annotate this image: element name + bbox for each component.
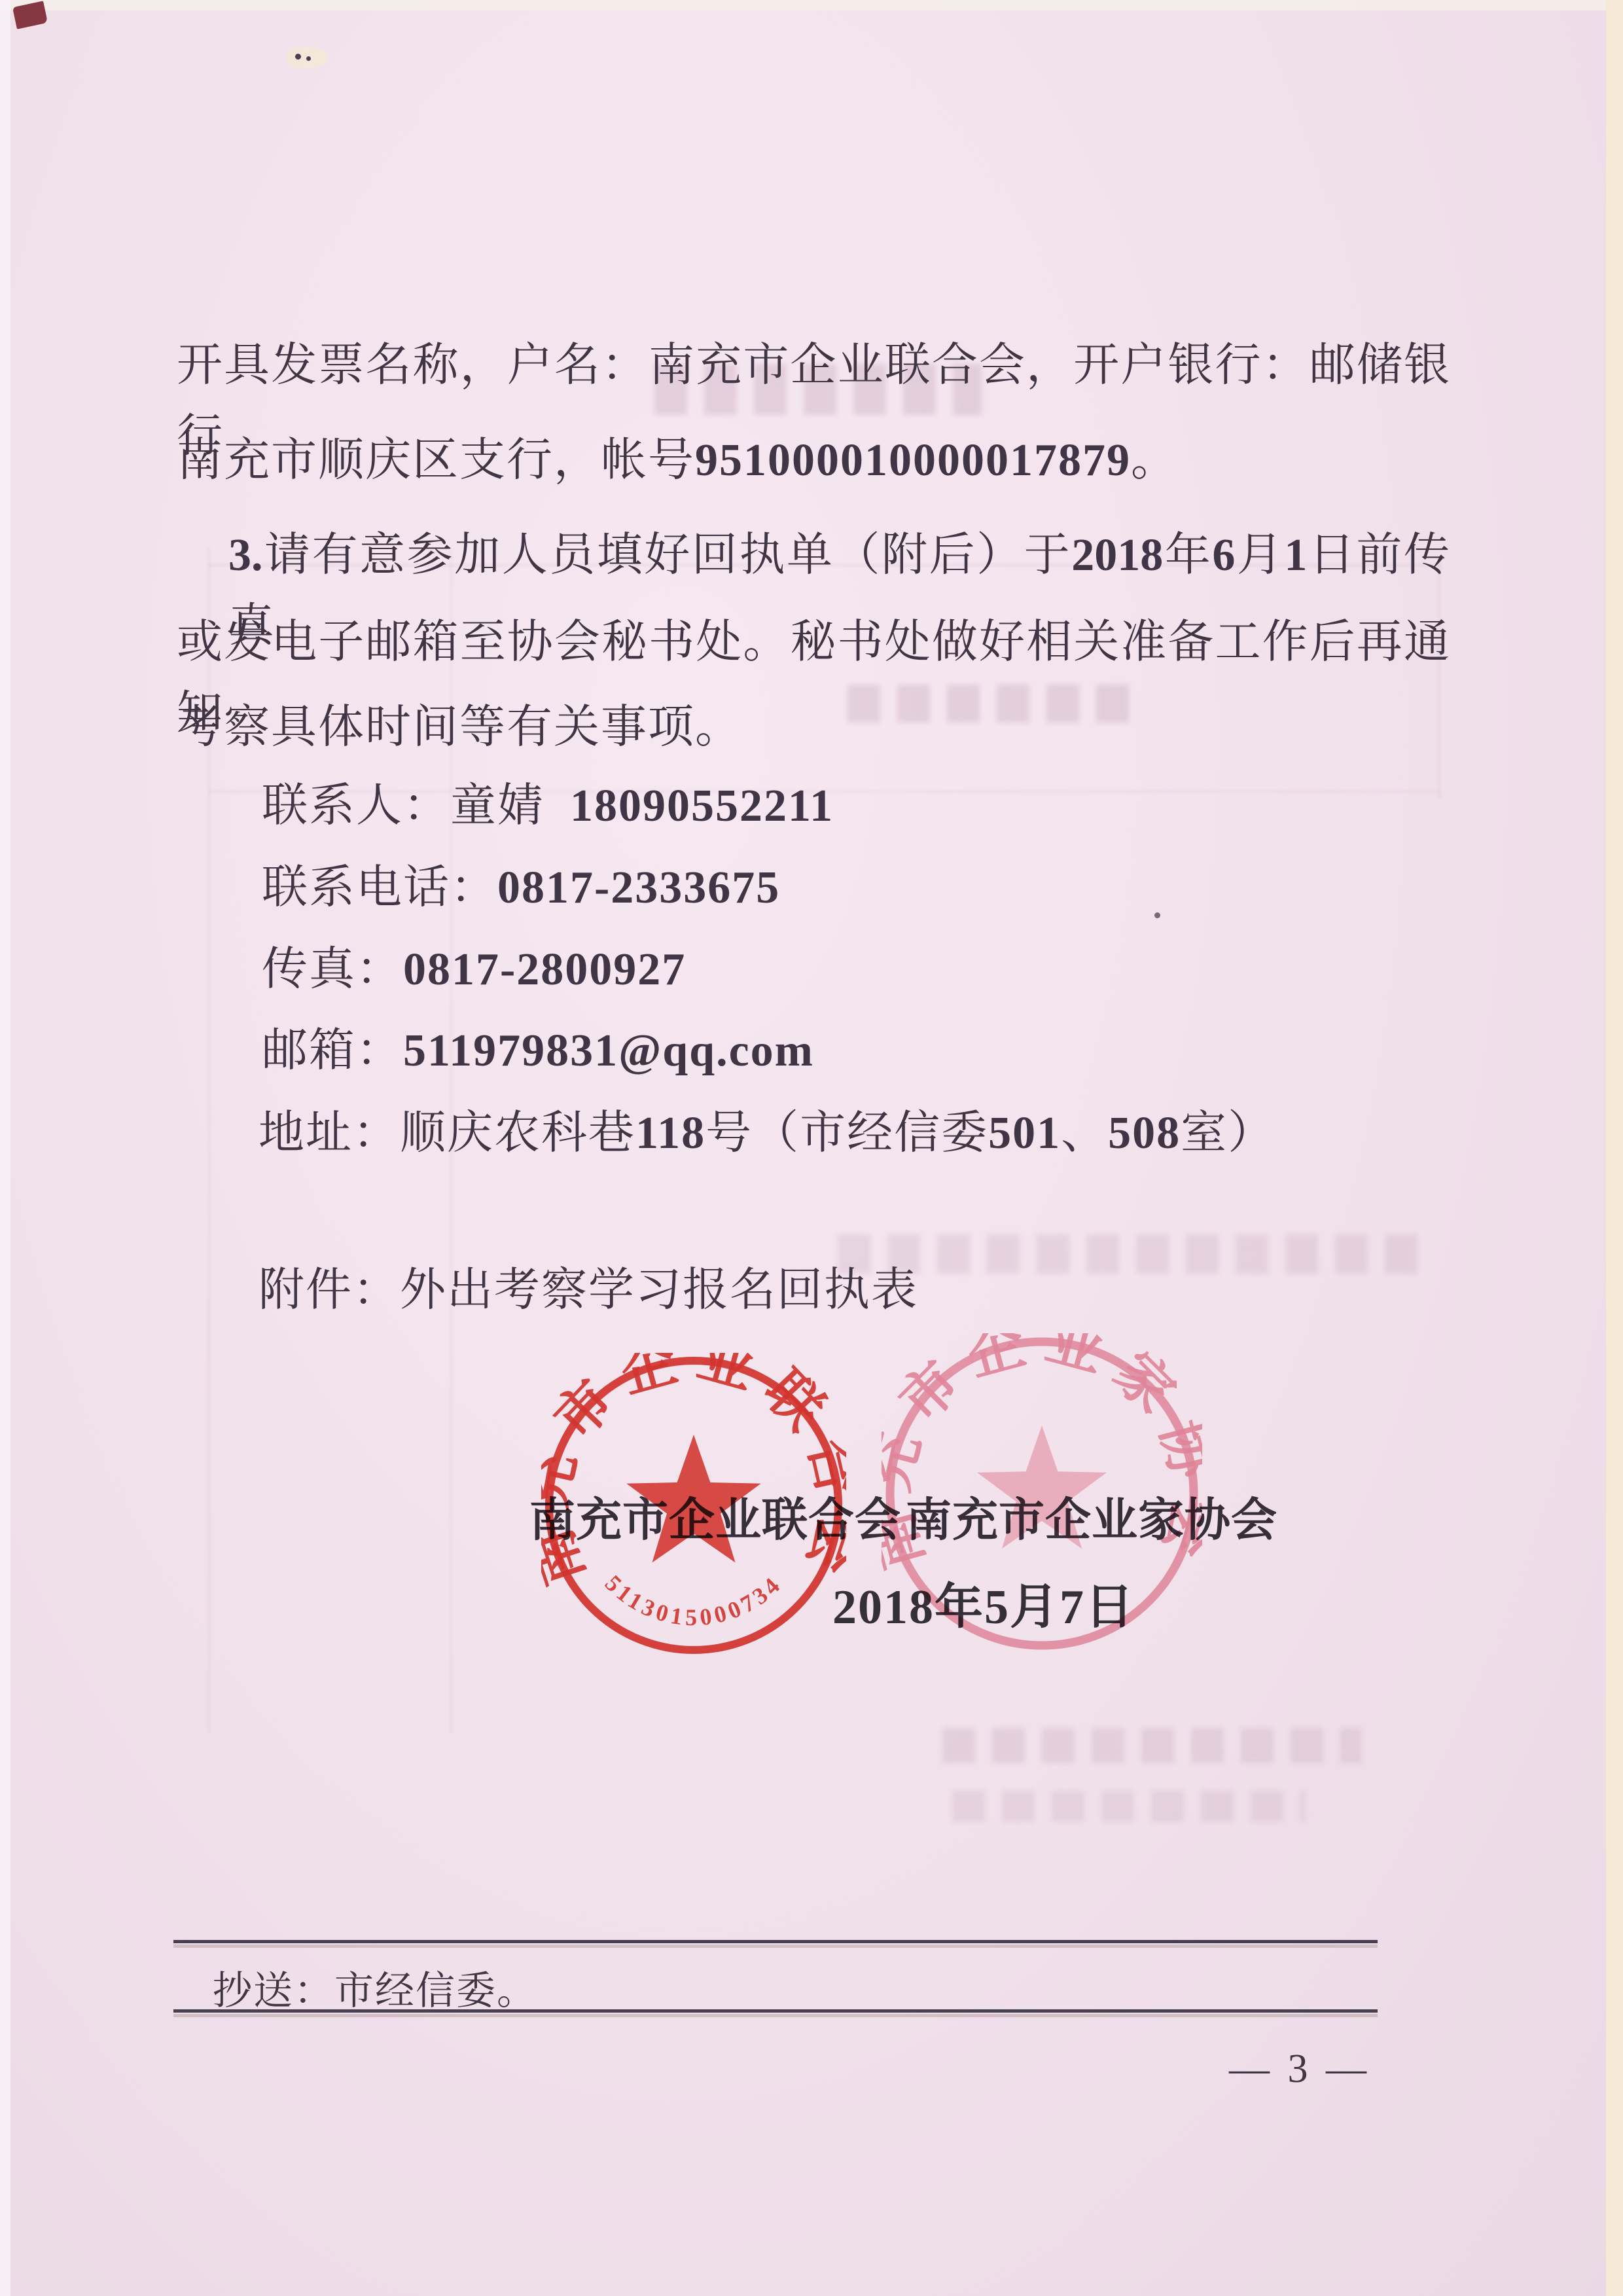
scan-edge-left	[0, 0, 10, 2296]
contact-email-line: 邮箱：511979831@qq.com	[262, 1016, 814, 1086]
contact-phone-value: 0817-2333675	[497, 863, 780, 913]
contact-phone-label: 联系电话：	[262, 863, 497, 913]
contact-phone-line: 联系电话：0817-2333675	[262, 853, 780, 924]
paragraph1-line2: 南充市顺庆区支行，帐号951000010000017879。	[177, 425, 1178, 496]
footer-rule-bottom	[173, 2009, 1378, 2013]
footer-rule-top	[173, 1940, 1378, 1943]
contact-person-value: 童婧 18090552211	[450, 781, 834, 831]
bleedthrough-ghost	[838, 1234, 1427, 1274]
paper-speck-dot	[306, 56, 311, 61]
scan-edge-right	[1606, 0, 1623, 2296]
scan-edge-top	[0, 0, 1623, 10]
attachment-line: 附件：外出考察学习报名回执表	[259, 1255, 918, 1326]
address-line: 地址：顺庆农科巷118号（市经信委501、508室）	[259, 1098, 1275, 1169]
paper-speck-dot	[295, 54, 301, 60]
contact-email-label: 邮箱：	[262, 1026, 403, 1076]
page-number: — 3 —	[1229, 2046, 1370, 2092]
contact-fax-value: 0817-2800927	[403, 944, 686, 995]
official-seal-federation: 南充市企业联合会 5113015000734	[541, 1353, 846, 1658]
paper-speck-dot	[1154, 912, 1160, 918]
contact-fax-line: 传真：0817-2800927	[262, 935, 686, 1005]
contact-email-value: 511979831@qq.com	[403, 1026, 814, 1076]
cc-line: 抄送：市经信委。	[213, 1960, 537, 2016]
svg-text:5113015000734: 5113015000734	[600, 1570, 787, 1630]
seal-serial-number: 5113015000734	[600, 1570, 787, 1630]
scanned-document-page: 开具发票名称，户名：南充市企业联合会，开户银行：邮储银行 南充市顺庆区支行，帐号…	[0, 0, 1623, 2296]
contact-person-label: 联系人：	[262, 781, 450, 831]
contact-fax-label: 传真：	[262, 944, 403, 995]
bleedthrough-ghost	[942, 1728, 1361, 1763]
contact-person-line: 联系人：童婧 18090552211	[262, 771, 834, 842]
paragraph2-line3: 考察具体时间等有关事项。	[177, 692, 742, 763]
official-seal-association: 南充市企业家协会	[882, 1333, 1202, 1654]
bleedthrough-ghost	[952, 1791, 1306, 1822]
